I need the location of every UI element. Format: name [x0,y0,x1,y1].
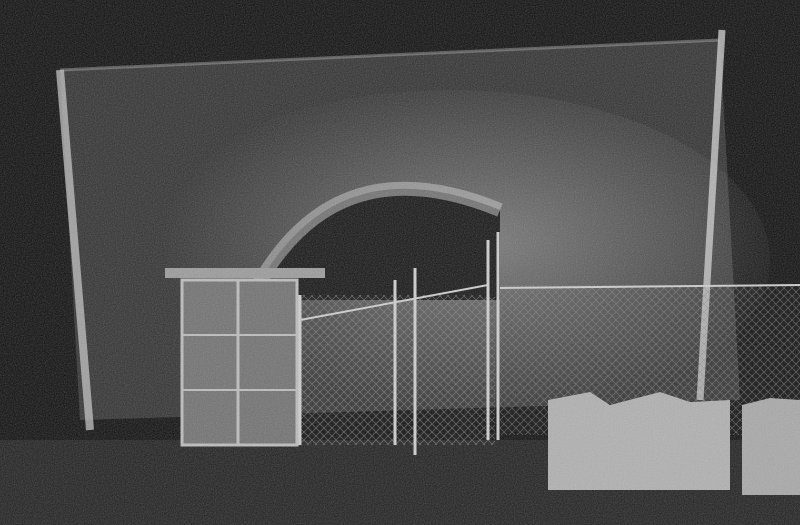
photo-scene [0,0,800,525]
photograph [0,0,800,525]
